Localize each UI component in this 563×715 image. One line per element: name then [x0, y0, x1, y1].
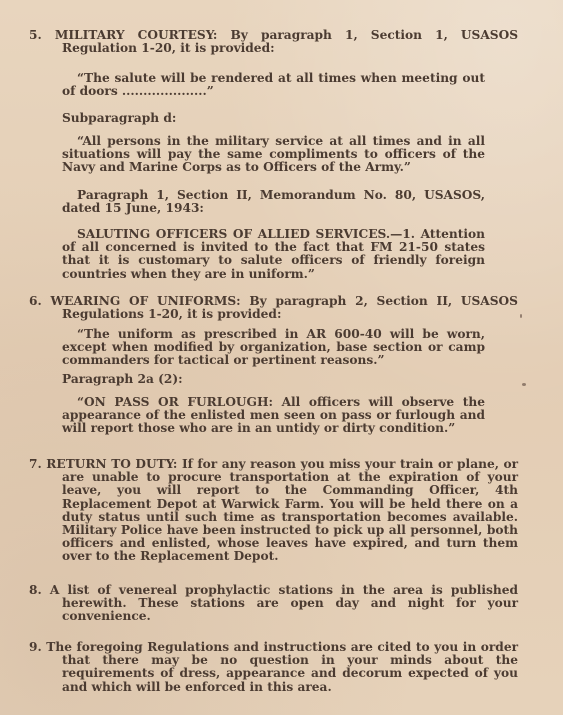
paragraph-heading: WEARING OF UNIFORMS: — [50, 294, 240, 308]
quote-uniform: “The uniform as prescribed in AR 600-40 … — [62, 328, 485, 368]
paragraph-number: 7. — [29, 457, 42, 471]
paragraph-7: 7. RETURN TO DUTY: If for any reason you… — [29, 458, 518, 564]
quote-compliments: “All persons in the military service at … — [62, 135, 485, 175]
subparagraph-label: Paragraph 2a (2): — [62, 373, 485, 386]
memorandum-reference: Paragraph 1, Section II, Memorandum No. … — [62, 189, 485, 215]
quote-salute: “The salute will be rendered at all time… — [62, 72, 485, 98]
paragraph-text: The foregoing Regulations and instructio… — [46, 640, 518, 694]
paragraph-number: 6. — [29, 294, 42, 308]
paragraph-text: If for any reason you miss your train or… — [62, 457, 518, 563]
quote-pass-furlough: “ON PASS OR FURLOUGH: All officers will … — [62, 396, 485, 436]
paragraph-8: 8. A list of venereal prophylactic stati… — [29, 584, 518, 624]
paper-blemish — [520, 314, 522, 318]
paragraph-text: A list of venereal prophylactic stations… — [50, 583, 518, 623]
quote-allied-services: SALUTING OFFICERS OF ALLIED SERVICES.—1.… — [62, 228, 485, 281]
paragraph-9: 9. The foregoing Regulations and instruc… — [29, 641, 518, 694]
paragraph-heading: RETURN TO DUTY: — [46, 457, 177, 471]
subparagraph-label: Subparagraph d: — [62, 112, 485, 125]
paragraph-heading: MILITARY COURTESY: — [55, 28, 218, 42]
paragraph-number: 5. — [29, 28, 42, 42]
paragraph-number: 9. — [29, 640, 42, 654]
paragraph-5: 5. MILITARY COURTESY: By paragraph 1, Se… — [29, 29, 518, 55]
paragraph-6: 6. WEARING OF UNIFORMS: By paragraph 2, … — [29, 295, 518, 321]
document-page: 5. MILITARY COURTESY: By paragraph 1, Se… — [0, 0, 563, 715]
paragraph-number: 8. — [29, 583, 42, 597]
paper-blemish — [522, 383, 526, 386]
